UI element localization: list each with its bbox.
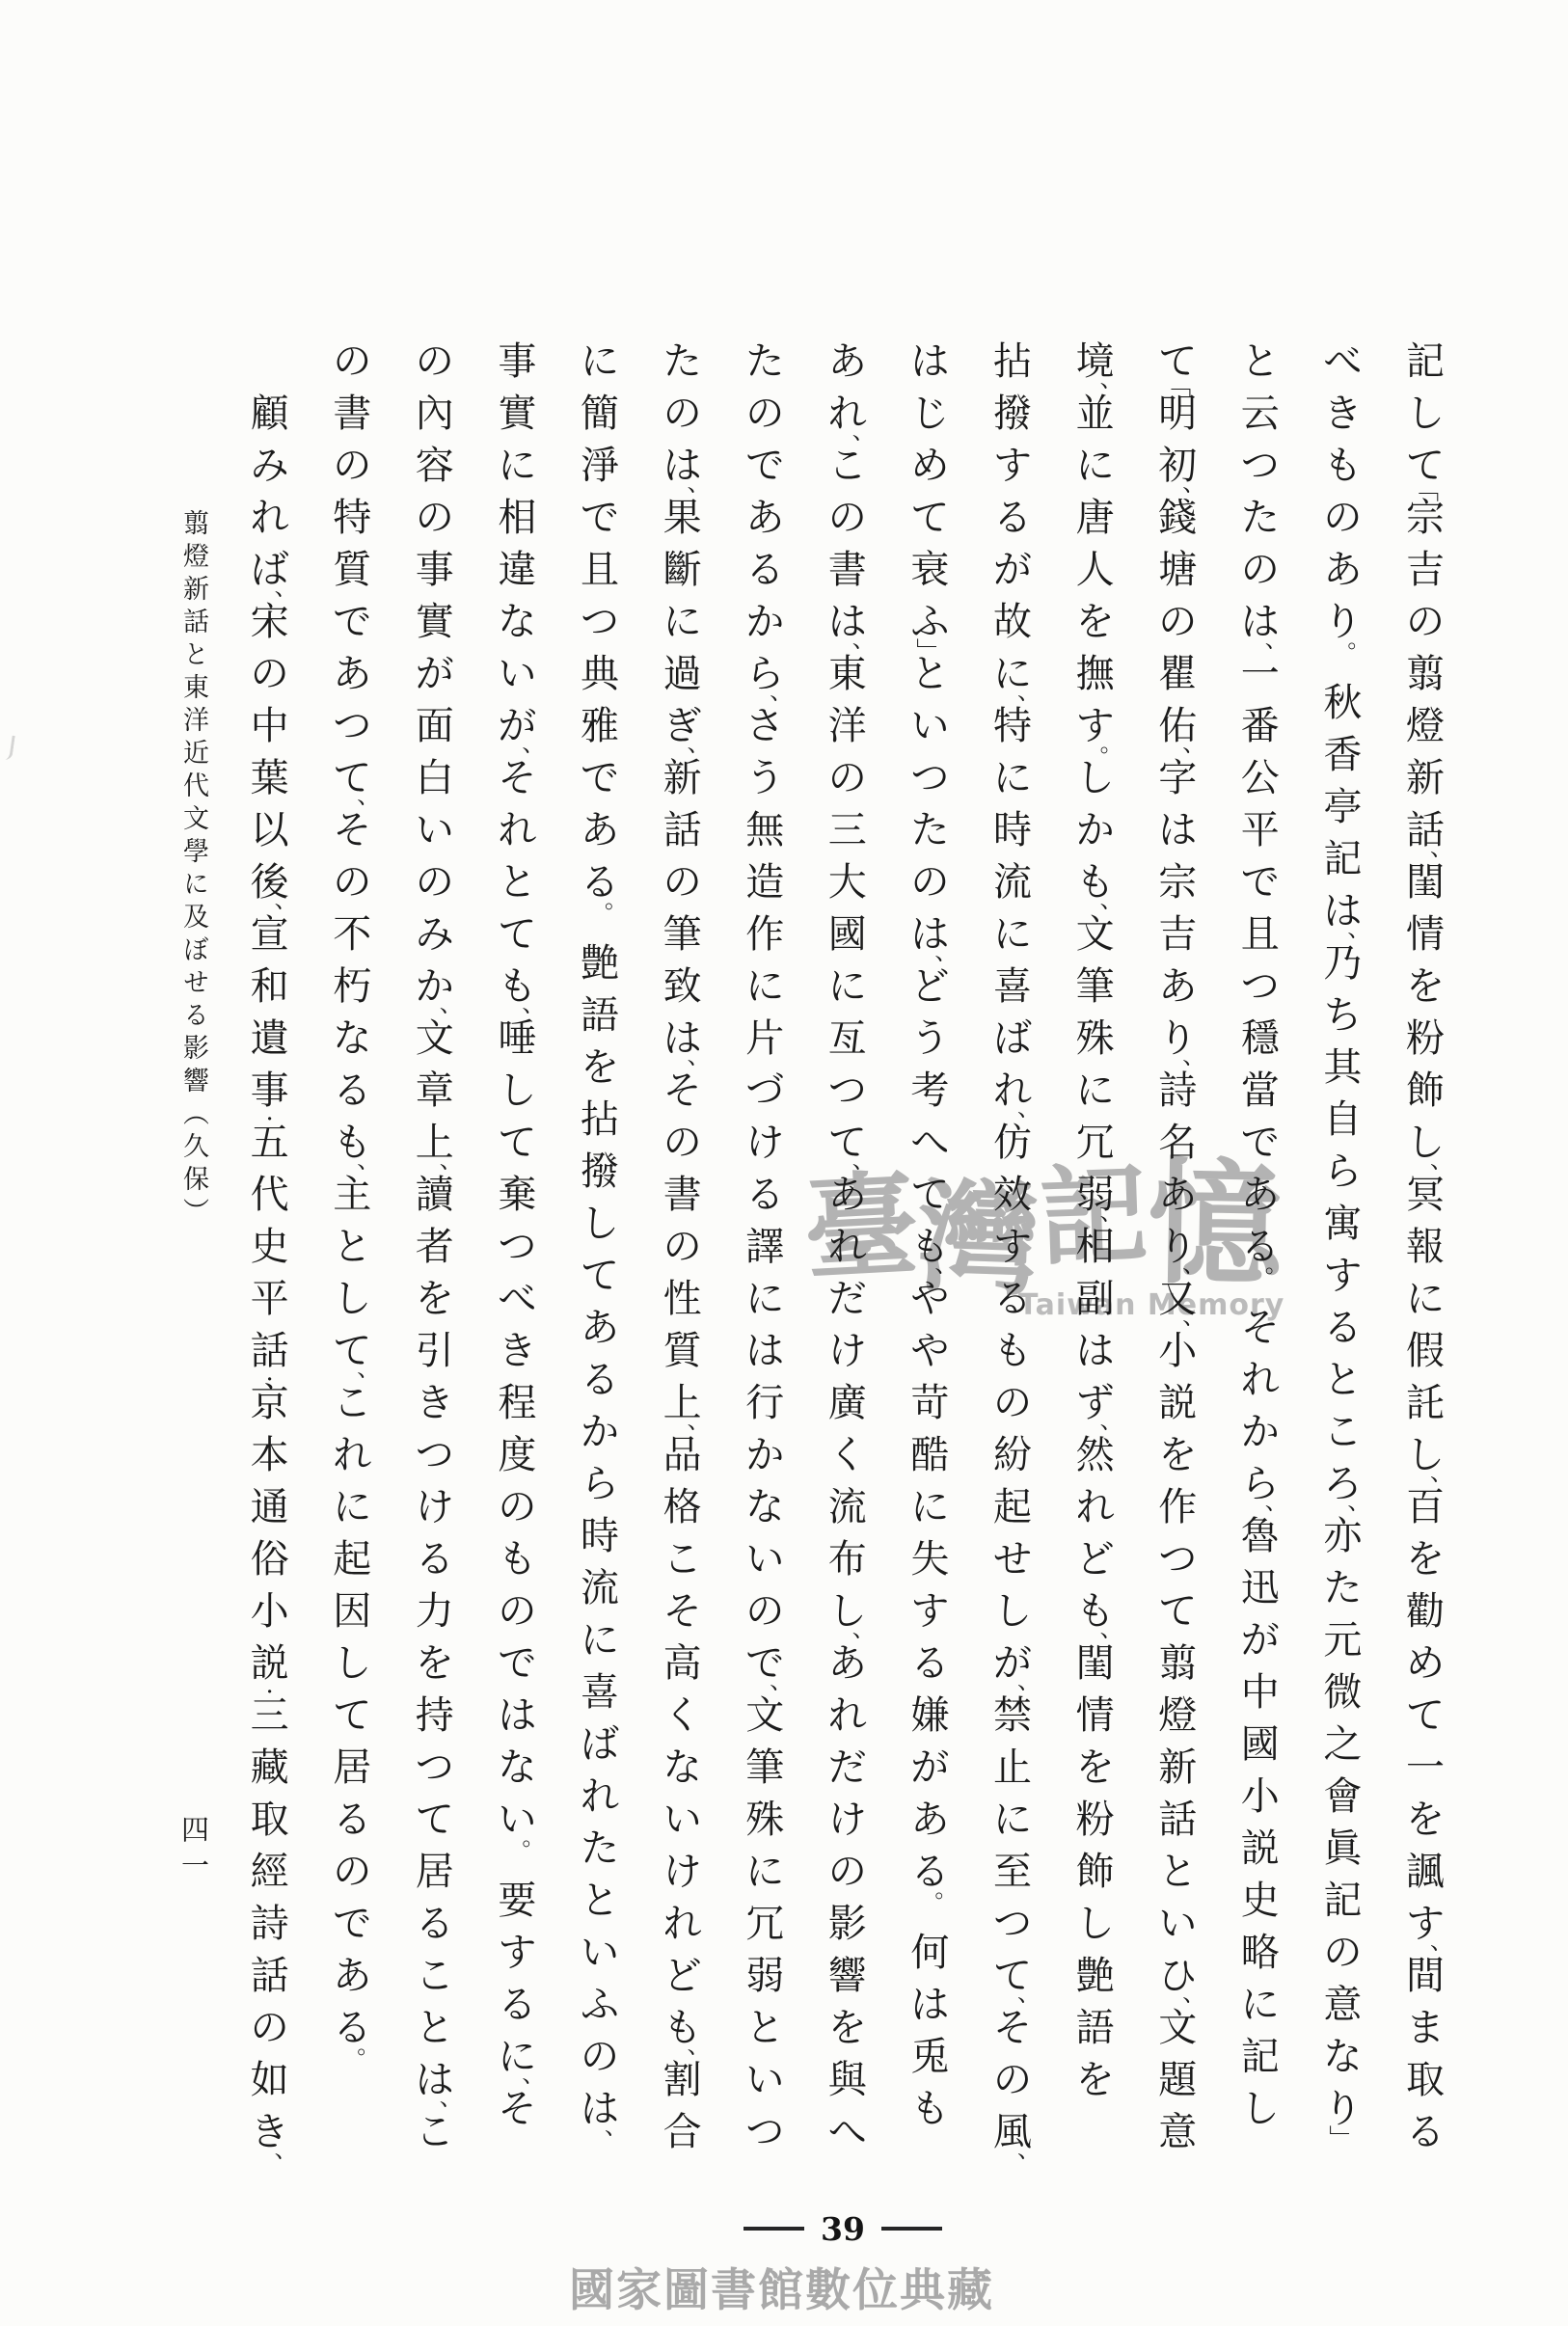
text-glyph: は	[908, 1979, 951, 2031]
text-glyph: か	[1074, 804, 1117, 856]
text-glyph: 何	[908, 1927, 951, 1979]
text-glyph: 穩	[1239, 1013, 1282, 1065]
text-glyph: て	[496, 908, 538, 960]
text-glyph: 無	[743, 804, 786, 856]
text-glyph: 造	[743, 856, 786, 908]
text-glyph: 閨	[1404, 856, 1446, 908]
text-glyph: つ	[991, 1898, 1034, 1950]
text-glyph: の	[579, 2031, 621, 2083]
text-glyph: れ	[249, 492, 291, 544]
text-glyph: る	[414, 1898, 456, 1950]
text-glyph: は、	[579, 2083, 621, 2135]
text-glyph: 勸	[1404, 1585, 1446, 1637]
text-glyph: ば	[991, 1013, 1034, 1065]
text-glyph: 託	[1404, 1377, 1446, 1429]
text-glyph: 風、	[991, 2106, 1034, 2158]
text-glyph: き	[414, 1377, 456, 1429]
text-glyph: 冗	[1074, 1117, 1117, 1169]
text-glyph: 題	[1156, 2054, 1199, 2106]
text-glyph: も	[496, 1533, 538, 1585]
text-glyph: 國	[1239, 1718, 1282, 1771]
text-glyph: る	[908, 1637, 951, 1690]
text-glyph: 史	[249, 1221, 291, 1273]
text-glyph: に	[662, 596, 704, 648]
text-glyph: 居	[414, 1846, 456, 1898]
text-glyph: 宗	[1156, 856, 1199, 908]
text-glyph: そ	[331, 804, 373, 856]
text-glyph: 記	[1404, 336, 1446, 388]
text-glyph: に	[826, 960, 869, 1013]
text-glyph: 中	[1239, 1666, 1282, 1718]
text-glyph: れ	[1239, 1354, 1282, 1406]
text-glyph: す	[908, 1585, 951, 1637]
text-glyph: と	[1156, 1846, 1199, 1898]
text-glyph: も、	[331, 1117, 373, 1169]
text-glyph: の	[331, 440, 373, 492]
text-glyph: を	[826, 2002, 869, 2054]
text-glyph: は、	[662, 1013, 704, 1065]
text-glyph: 並	[1074, 388, 1117, 440]
text-glyph: か	[1239, 1406, 1282, 1458]
text-glyph: を	[414, 1273, 456, 1325]
text-glyph: 説・	[249, 1637, 291, 1690]
text-glyph: る	[331, 1794, 373, 1846]
text-glyph: て、	[991, 1950, 1034, 2002]
text-glyph: 顧	[249, 388, 291, 440]
text-glyph: 自	[1321, 1094, 1364, 1146]
text-glyph: 洋	[826, 700, 869, 752]
text-glyph: 魯	[1239, 1510, 1282, 1562]
text-glyph: だ	[826, 1742, 869, 1794]
text-glyph: し	[579, 1198, 621, 1250]
scanned-document-page: 臺灣記憶 Taiwan Memory 記して﹁宗吉の翦燈新話、閨情を粉飾し、冥報…	[0, 0, 1568, 2326]
text-glyph: 五	[249, 1117, 291, 1169]
text-glyph: 果	[662, 492, 704, 544]
text-glyph: る	[991, 492, 1034, 544]
text-glyph: し	[1074, 1898, 1117, 1950]
text-glyph: 禁	[991, 1690, 1034, 1742]
text-glyph: 佑、	[1156, 700, 1199, 752]
text-column-8: あれ、この書は、東洋の三大國に亙つて、あれだけ廣く流布し、あれだけの影響を與へ	[826, 336, 869, 2158]
text-glyph: 燈	[1156, 1690, 1199, 1742]
text-glyph: 代	[249, 1169, 291, 1221]
text-glyph: の	[826, 752, 869, 804]
text-glyph: あ	[1156, 960, 1199, 1013]
text-glyph: 時	[579, 1510, 621, 1562]
text-glyph: つ	[908, 752, 951, 804]
text-glyph: ら	[1321, 1146, 1364, 1198]
text-column-12: 事實に相違ないが、それとても、唾して棄つべき程度のものではない。要するに、そ	[496, 336, 538, 2135]
text-glyph: で	[1239, 1117, 1282, 1169]
text-glyph: 撫	[1074, 648, 1117, 700]
text-glyph: で	[1239, 856, 1282, 908]
text-glyph: に	[991, 1794, 1034, 1846]
text-glyph: め	[908, 440, 951, 492]
text-glyph: 事・	[249, 1065, 291, 1117]
text-space	[579, 908, 621, 937]
text-glyph: 品	[662, 1429, 704, 1481]
text-glyph: や	[908, 1325, 951, 1377]
text-glyph: い	[662, 1794, 704, 1846]
text-glyph: い	[908, 700, 951, 752]
text-glyph: 京	[249, 1377, 291, 1429]
text-glyph: る	[743, 544, 786, 596]
text-glyph: そ	[662, 1585, 704, 1637]
text-glyph: る。	[579, 856, 621, 908]
text-column-14: の書の特質であつて、その不朽なるも、主として、これに起因して居るのである。	[331, 336, 373, 2054]
text-glyph: 相	[1074, 1221, 1117, 1273]
text-glyph: け	[826, 1325, 869, 1377]
text-glyph: 雅	[579, 700, 621, 752]
text-glyph: あ	[1156, 1169, 1199, 1221]
text-glyph: し、	[1404, 1429, 1446, 1481]
text-glyph: と	[496, 856, 538, 908]
text-glyph: に	[908, 1481, 951, 1533]
text-glyph: て、	[826, 1117, 869, 1169]
text-glyph: 中	[249, 700, 291, 752]
folio-number: 39	[821, 2213, 865, 2245]
text-glyph: で	[579, 752, 621, 804]
text-glyph: 一	[1239, 648, 1282, 700]
text-glyph: 斷	[662, 544, 704, 596]
text-glyph: 秋	[1321, 677, 1364, 729]
text-glyph: な	[331, 1013, 373, 1065]
text-glyph: 流	[991, 856, 1034, 908]
text-glyph: が	[414, 648, 456, 700]
text-glyph: に	[1404, 1273, 1446, 1325]
text-glyph: 且	[579, 544, 621, 596]
text-glyph: は	[1074, 1325, 1117, 1377]
text-column-15: 顧みれば、宋の中葉以後、宣和遺事・五代史平話・京本通俗小説・三藏取經詩話の如き、	[249, 336, 291, 2158]
text-glyph: 遺	[249, 1013, 291, 1065]
text-glyph: と	[743, 2002, 786, 2054]
folio-left-dash	[743, 2227, 804, 2231]
text-glyph: た	[1239, 492, 1282, 544]
text-glyph: つ	[1239, 440, 1282, 492]
text-glyph: 微	[1321, 1666, 1364, 1718]
text-glyph: は	[1156, 804, 1199, 856]
text-glyph: 文	[1074, 908, 1117, 960]
text-glyph: 艶	[1074, 1950, 1117, 2002]
text-glyph: 上、	[414, 1117, 456, 1169]
text-glyph: 平	[1239, 804, 1282, 856]
text-glyph: 經	[249, 1846, 291, 1898]
text-space	[496, 1846, 538, 1875]
text-glyph: 取	[1404, 2054, 1446, 2106]
text-glyph: に	[331, 1481, 373, 1533]
text-glyph: も、	[1074, 856, 1117, 908]
text-glyph: 特	[331, 492, 373, 544]
text-glyph: て、	[331, 752, 373, 804]
text-glyph: り、	[1156, 1221, 1199, 1273]
text-space	[908, 1898, 951, 1927]
text-glyph: 宋	[249, 596, 291, 648]
text-glyph: れ	[662, 1898, 704, 1950]
text-glyph: た	[908, 804, 951, 856]
text-glyph: た	[662, 336, 704, 388]
text-glyph: 當	[1239, 1065, 1282, 1117]
text-glyph: く	[662, 1690, 704, 1742]
text-glyph: の	[991, 1377, 1034, 1429]
text-glyph: 話・	[249, 1325, 291, 1377]
text-glyph: 要	[496, 1875, 538, 1927]
text-glyph: ろ、	[1321, 1458, 1364, 1510]
text-glyph: 如	[249, 2054, 291, 2106]
text-glyph: 亙	[826, 1013, 869, 1065]
text-glyph: 記	[1239, 2031, 1282, 2083]
text-glyph: 章	[414, 1065, 456, 1117]
text-glyph: こ	[826, 440, 869, 492]
text-glyph: 格	[662, 1481, 704, 1533]
text-glyph: 報	[1404, 1221, 1446, 1273]
text-glyph: れ	[331, 1429, 373, 1481]
text-glyph: の	[496, 1481, 538, 1533]
text-glyph: 典	[579, 648, 621, 700]
text-glyph: 與	[826, 2054, 869, 2106]
text-glyph: 布	[826, 1533, 869, 1585]
text-glyph: け	[743, 1117, 786, 1169]
text-glyph: て	[579, 1250, 621, 1302]
text-glyph: の	[743, 1585, 786, 1637]
text-glyph: に、	[991, 648, 1034, 700]
text-glyph: 翦	[1404, 648, 1446, 700]
text-glyph: 新	[662, 752, 704, 804]
text-glyph: す。	[1074, 700, 1117, 752]
text-glyph: け	[414, 1481, 456, 1533]
text-glyph: れ	[579, 1771, 621, 1823]
text-glyph: 語	[579, 989, 621, 1041]
text-glyph: 作	[1156, 1481, 1199, 1533]
text-glyph: 淨	[579, 440, 621, 492]
text-glyph: み	[414, 908, 456, 960]
text-glyph: の	[331, 856, 373, 908]
text-glyph: は	[908, 336, 951, 388]
text-glyph: 片	[743, 1013, 786, 1065]
text-glyph: 嫌	[908, 1690, 951, 1742]
text-glyph: 時	[991, 804, 1034, 856]
text-glyph: 喜	[991, 960, 1034, 1013]
text-glyph: 失	[908, 1533, 951, 1585]
text-glyph: て、	[331, 1325, 373, 1377]
side-caption-article-title: 翦燈新話と東洋近代文學に及ぼせる影響（久保）	[175, 509, 212, 1231]
text-glyph: う	[908, 1013, 951, 1065]
text-glyph: 平	[249, 1273, 291, 1325]
text-glyph: も	[1321, 440, 1364, 492]
text-glyph: 大	[826, 856, 869, 908]
text-glyph: め	[1404, 1637, 1446, 1690]
text-glyph: あ	[826, 336, 869, 388]
text-glyph: を	[1074, 1742, 1117, 1794]
text-column-4: て﹁明初、錢塘の瞿佑、字は宗吉あり、詩名あり、又、小説を作つて翦燈新話といひ、文…	[1156, 336, 1199, 2158]
text-glyph: れ、	[826, 388, 869, 440]
text-glyph: ぎ、	[662, 700, 704, 752]
text-glyph: な	[662, 1742, 704, 1794]
text-glyph: す、	[1404, 1898, 1446, 1950]
text-glyph: で	[496, 1637, 538, 1690]
text-glyph: も、	[662, 2002, 704, 2054]
text-glyph: 文	[743, 1690, 786, 1742]
text-glyph: 云	[1239, 388, 1282, 440]
text-glyph: か	[743, 1429, 786, 1481]
text-glyph: 特	[991, 700, 1034, 752]
text-glyph: 事	[414, 544, 456, 596]
text-glyph: に	[1239, 1979, 1282, 2031]
text-glyph: の	[331, 336, 373, 388]
text-glyph: ど	[662, 1950, 704, 2002]
text-glyph: 違	[496, 544, 538, 596]
text-glyph: 記	[1321, 1875, 1364, 1927]
text-glyph: い	[579, 1927, 621, 1979]
text-glyph: と	[908, 648, 951, 700]
text-glyph: で	[331, 1898, 373, 1950]
text-glyph: あ	[331, 1950, 373, 2002]
text-glyph: 粉	[1074, 1794, 1117, 1846]
text-glyph: り、	[1156, 1013, 1199, 1065]
text-glyph: 瞿	[1156, 648, 1199, 700]
text-glyph: に	[579, 336, 621, 388]
text-glyph: し	[496, 1065, 538, 1117]
text-glyph: 仿	[991, 1117, 1034, 1169]
text-glyph: れ	[826, 1221, 869, 1273]
text-glyph: て	[331, 1690, 373, 1742]
text-glyph: に	[496, 440, 538, 492]
text-glyph: 書	[331, 388, 373, 440]
text-glyph: 撥	[991, 388, 1034, 440]
text-glyph: て	[908, 492, 951, 544]
text-glyph: 詩	[249, 1898, 291, 1950]
text-glyph: 副	[1074, 1273, 1117, 1325]
text-glyph: 小	[1239, 1771, 1282, 1823]
text-glyph: 説	[1239, 1823, 1282, 1875]
text-glyph: し、	[826, 1585, 869, 1637]
text-glyph: 東	[826, 648, 869, 700]
text-glyph: 影	[826, 1898, 869, 1950]
text-glyph: 容	[414, 440, 456, 492]
text-glyph: だ	[826, 1273, 869, 1325]
text-glyph: 後、	[249, 856, 291, 908]
text-glyph: 筆	[1074, 960, 1117, 1013]
text-glyph: 吉	[1156, 908, 1199, 960]
text-glyph: の	[414, 856, 456, 908]
text-glyph: し	[331, 1273, 373, 1325]
text-column-1: 記して﹁宗吉の翦燈新話、閨情を粉飾し、冥報に假託し、百を勸めて一を諷す、間ま取る	[1404, 336, 1446, 2158]
text-glyph: 殊	[743, 1794, 786, 1846]
text-glyph: 內	[414, 388, 456, 440]
text-glyph: す	[1321, 1250, 1364, 1302]
text-glyph: 朽	[331, 960, 373, 1013]
text-glyph: を	[1074, 2054, 1117, 2106]
text-glyph: 公	[1239, 752, 1282, 804]
text-glyph: 弱、	[1074, 1169, 1117, 1221]
text-glyph: さ	[743, 700, 786, 752]
text-glyph: も	[908, 2083, 951, 2135]
text-glyph: い	[743, 1533, 786, 1585]
text-glyph: ち	[1321, 989, 1364, 1041]
text-glyph: 番	[1239, 700, 1282, 752]
text-glyph: 紛	[991, 1429, 1034, 1481]
text-glyph: 人	[1074, 544, 1117, 596]
text-glyph: で	[331, 596, 373, 648]
text-glyph: 引	[414, 1325, 456, 1377]
text-glyph: べ	[496, 1273, 538, 1325]
text-glyph: あ	[1321, 544, 1364, 596]
text-glyph: 其	[1321, 1041, 1364, 1094]
text-glyph: 取	[249, 1794, 291, 1846]
text-glyph: ら、	[1239, 1458, 1282, 1510]
text-glyph: な	[743, 1481, 786, 1533]
text-glyph: の	[1239, 544, 1282, 596]
text-glyph: で	[743, 440, 786, 492]
text-glyph: 至	[991, 1846, 1034, 1898]
text-glyph: や	[908, 1273, 951, 1325]
text-glyph: 飾	[1404, 1065, 1446, 1117]
text-glyph: 撥	[579, 1146, 621, 1198]
text-glyph: れ	[1074, 1481, 1117, 1533]
text-glyph: も、	[908, 1221, 951, 1273]
folio-right-dash	[881, 2227, 942, 2231]
text-glyph: 國	[826, 908, 869, 960]
text-glyph: つ	[414, 1742, 456, 1794]
text-glyph: の	[1156, 596, 1199, 648]
text-glyph: に	[743, 1273, 786, 1325]
text-glyph: の	[414, 336, 456, 388]
text-glyph: 殊	[1074, 1013, 1117, 1065]
text-glyph: 書	[662, 1169, 704, 1221]
text-glyph: 且	[1239, 908, 1282, 960]
text-glyph: 話	[662, 804, 704, 856]
text-glyph: の	[662, 1117, 704, 1169]
text-glyph: 響	[826, 1950, 869, 2002]
text-glyph: す	[991, 1221, 1034, 1273]
text-glyph: 筆	[743, 1742, 786, 1794]
text-glyph: る。	[331, 2002, 373, 2054]
text-glyph: 史	[1239, 1875, 1282, 1927]
text-glyph: と	[1321, 1354, 1364, 1406]
text-glyph: つ	[743, 2106, 786, 2158]
text-glyph: い	[743, 2054, 786, 2106]
text-glyph: 翦	[1156, 1637, 1199, 1690]
text-glyph: 不	[331, 908, 373, 960]
text-glyph: 三	[826, 804, 869, 856]
text-glyph: 高	[662, 1637, 704, 1690]
text-glyph: す	[496, 1927, 538, 1979]
text-glyph: 讀	[414, 1169, 456, 1221]
text-glyph: 面	[414, 700, 456, 752]
text-glyph: 亦	[1321, 1510, 1364, 1562]
text-glyph: へ	[826, 2106, 869, 2158]
text-glyph: ﹁宗	[1404, 492, 1446, 544]
text-glyph: あ	[908, 1794, 951, 1846]
text-glyph: 質	[662, 1325, 704, 1377]
text-glyph: の	[662, 856, 704, 908]
text-glyph: 因	[331, 1585, 373, 1637]
text-glyph: が、	[496, 700, 538, 752]
text-glyph: の	[1321, 1927, 1364, 1979]
text-glyph: の	[1404, 596, 1446, 648]
text-glyph: つ	[1156, 1533, 1199, 1585]
text-glyph: あ	[331, 648, 373, 700]
text-glyph: の	[743, 388, 786, 440]
text-glyph: せ	[991, 1533, 1034, 1585]
text-glyph: る	[991, 1273, 1034, 1325]
text-glyph: は	[743, 1325, 786, 1377]
text-glyph: も、	[1074, 1585, 1117, 1637]
text-column-2: べきものあり。秋香亭記は、乃ち其自ら寓するところ、亦た元微之會眞記の意なり﹂	[1321, 336, 1364, 2135]
text-glyph: の	[249, 648, 291, 700]
text-glyph: は、	[662, 440, 704, 492]
text-glyph: こ	[662, 1533, 704, 1585]
text-glyph: し、	[1404, 1117, 1446, 1169]
